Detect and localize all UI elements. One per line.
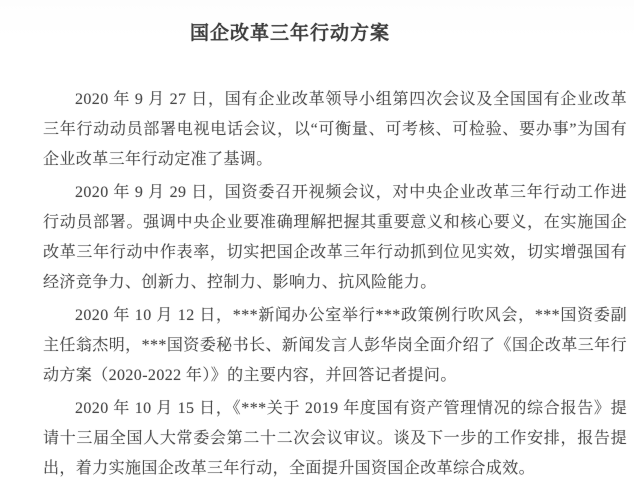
paragraph-3: 2020 年 10 月 12 日，***新闻办公室举行***政策例行吹风会，**… [43, 301, 627, 391]
document-title: 国企改革三年行动方案 [0, 18, 582, 45]
paragraph-1: 2020 年 9 月 27 日，国有企业改革领导小组第四次会议及全国国有企业改革… [43, 85, 627, 175]
paragraph-4: 2020 年 10 月 15 日，《***关于 2019 年度国有资产管理情况的… [43, 394, 627, 481]
document-page: 国企改革三年行动方案 2020 年 9 月 27 日，国有企业改革领导小组第四次… [0, 0, 634, 481]
paragraph-2: 2020 年 9 月 29 日，国资委召开视频会议，对中央企业改革三年行动工作进… [43, 178, 627, 298]
